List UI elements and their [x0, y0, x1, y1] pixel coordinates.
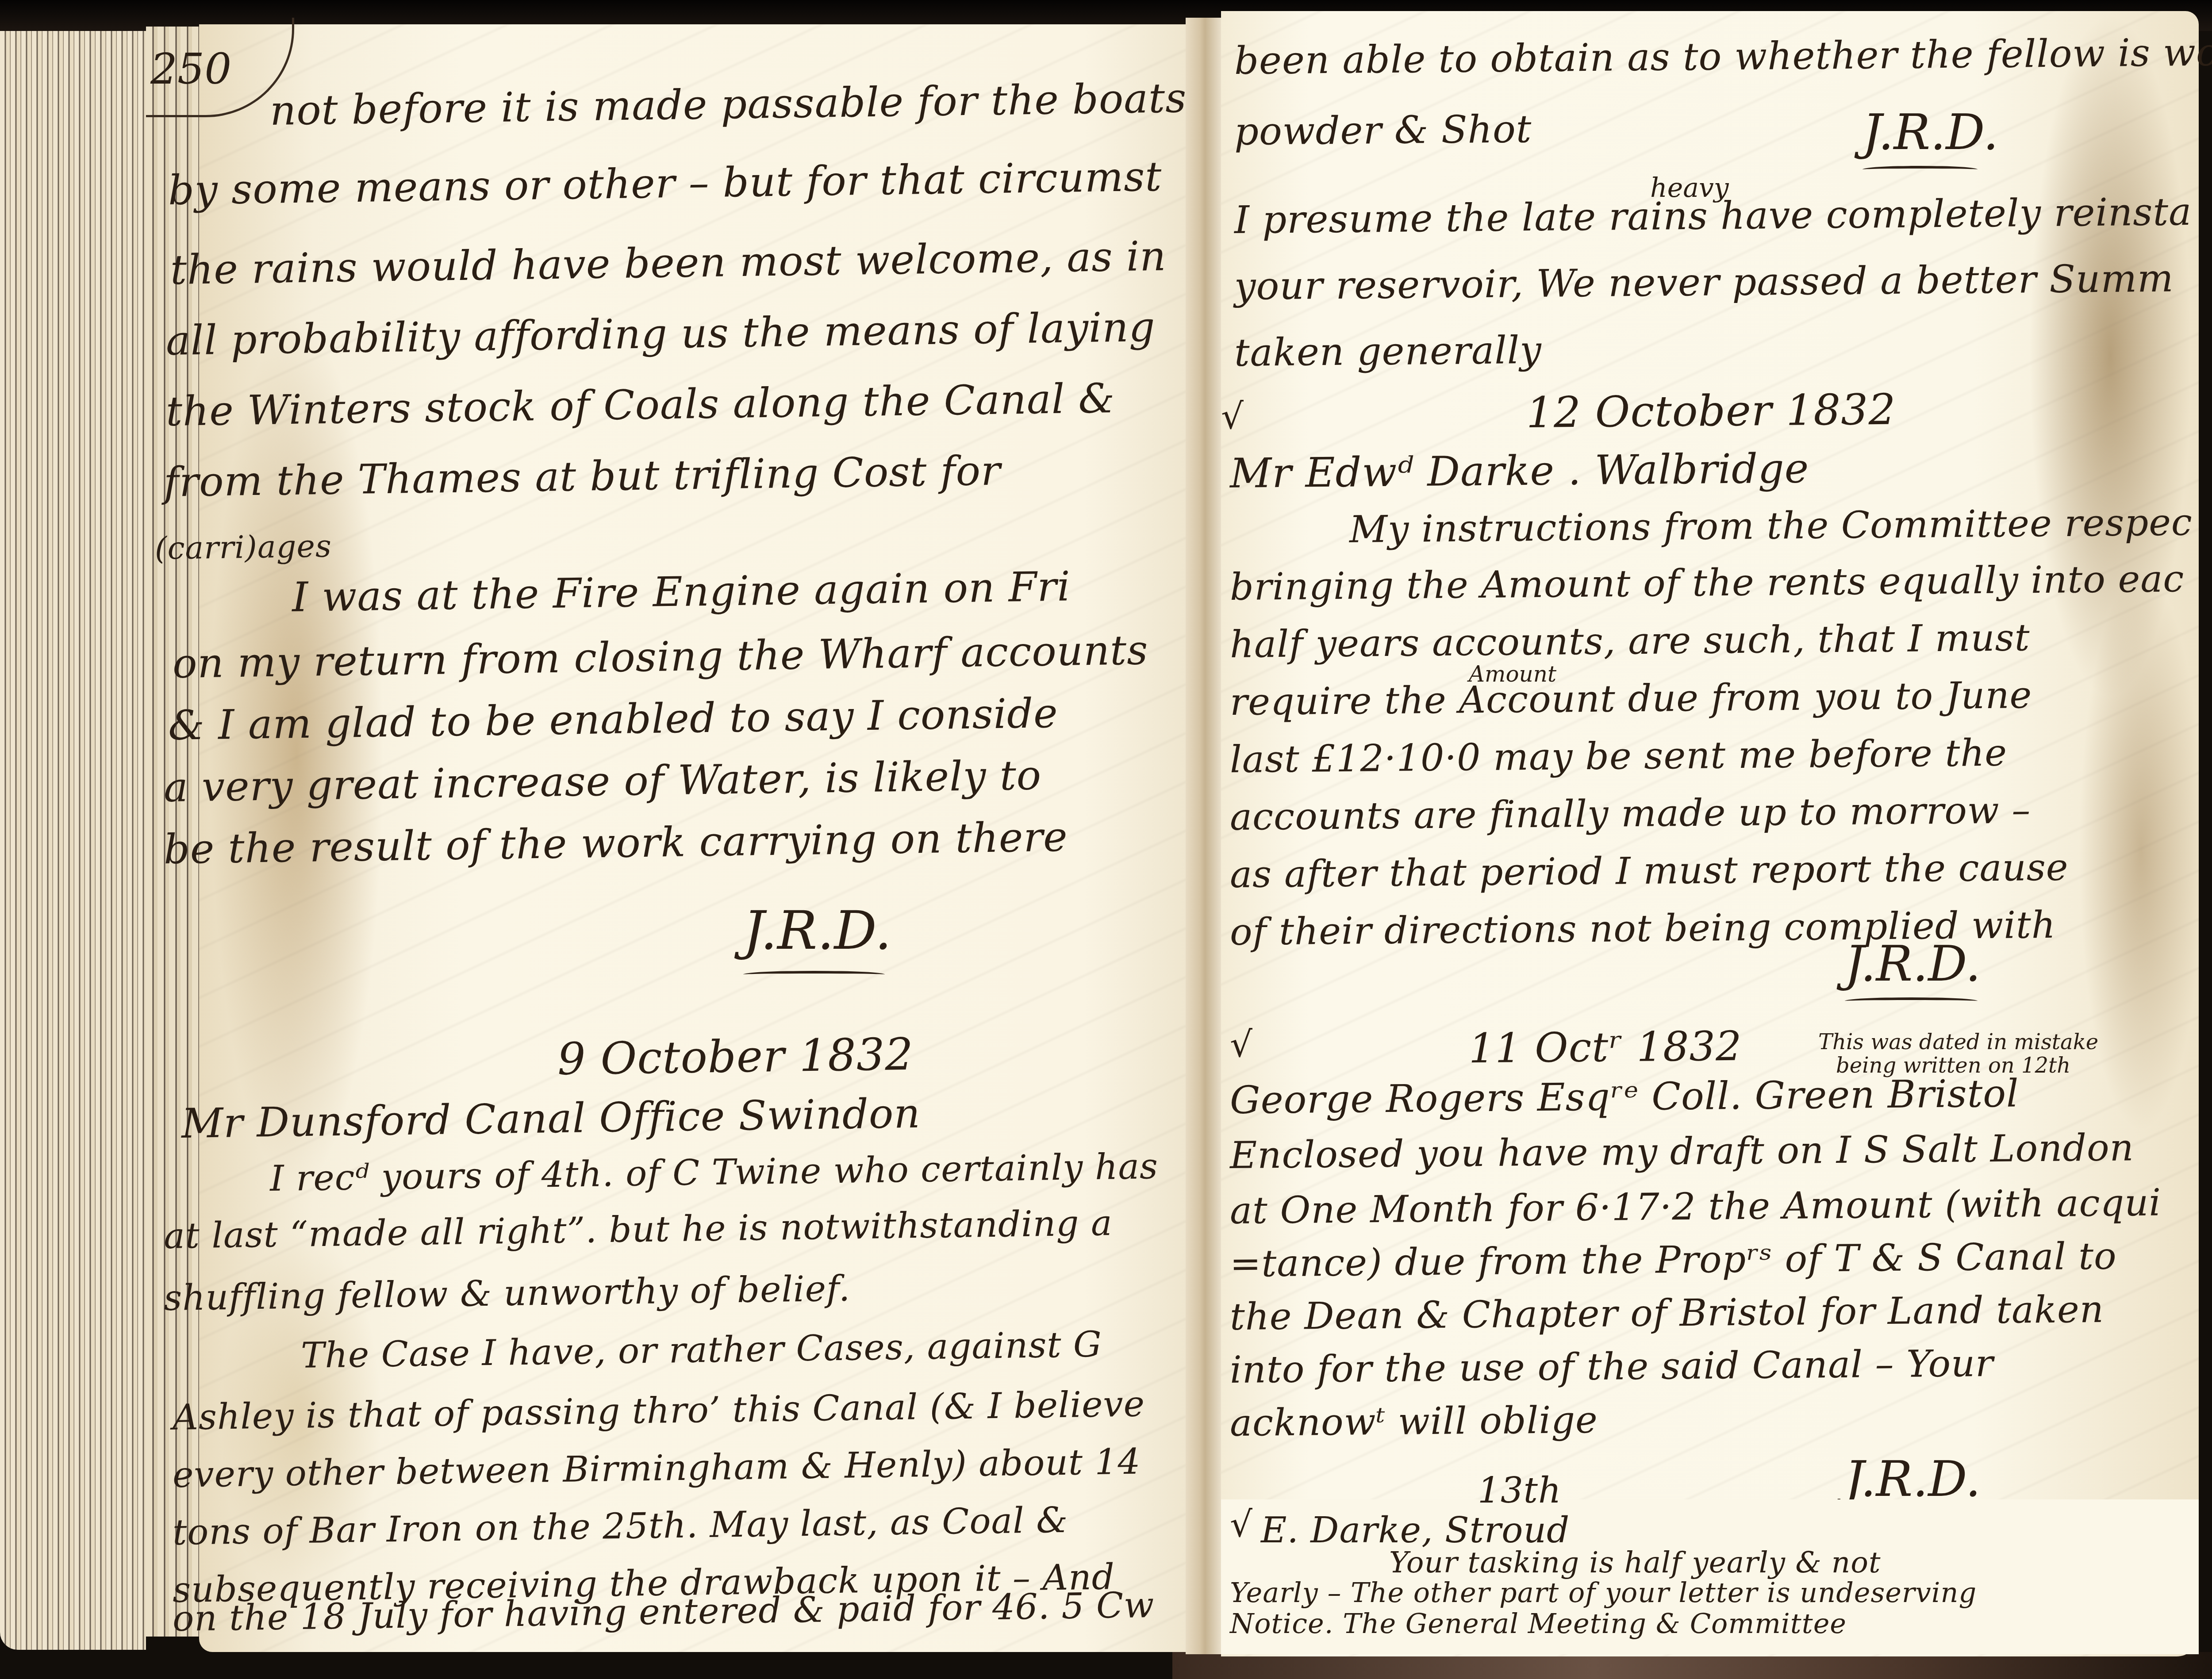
text-line: taken generally	[1234, 331, 1542, 372]
text-line: require the Account due from you to June	[1230, 676, 2032, 721]
text-line: (carri)ages	[155, 530, 332, 564]
check-mark: √	[1230, 1024, 1252, 1065]
letter-date: 13th	[1478, 1473, 1561, 1508]
text-line: the rains would have been most welcome, …	[170, 236, 1167, 291]
page-number: 250	[150, 44, 231, 94]
text-line: been able to obtain as to whether the fe…	[1234, 33, 2212, 80]
text-line: as after that period I must report the c…	[1230, 848, 2069, 893]
text-line: Your tasking is half yearly & not	[1389, 1548, 1881, 1577]
text-line: a very great increase of Water, is likel…	[163, 755, 1041, 808]
text-line: Notice. The General Meeting & Committee	[1230, 1610, 1847, 1637]
text-line: & I am glad to be enabled to say I consi…	[168, 693, 1058, 746]
text-line: be the result of the work carrying on th…	[163, 816, 1068, 870]
text-line: on the 18 July for having entered & paid…	[172, 1587, 1155, 1637]
text-line: the Winters stock of Coals along the Can…	[165, 378, 1115, 432]
left-page-lower-text: on the 18 July for having entered & paid…	[199, 1079, 1186, 1654]
text-line: half years accounts, are such, that I mu…	[1230, 619, 2030, 663]
text-line: powder & Shot	[1234, 110, 1532, 151]
signature-jrd: J.R.D.	[1845, 935, 1981, 992]
book-gutter	[1186, 18, 1221, 1654]
signature-flourish	[1845, 997, 1978, 1004]
letter-addressee: E. Darke, Stroud	[1261, 1513, 1570, 1548]
stacked-page-edges	[0, 31, 146, 1650]
check-mark: √	[1230, 1504, 1252, 1545]
letter-date: 9 October 1832	[557, 1032, 914, 1081]
text-line: from the Thames at but trifling Cost for	[163, 451, 1001, 503]
signature-flourish	[743, 971, 885, 978]
book-photograph: not before it is made passable for the b…	[0, 0, 2212, 1679]
right-page-letter-5: √ 13th E. Darke, Stroud Your tasking is …	[1221, 1499, 2199, 1654]
text-line: My instructions from the Committee respe…	[1349, 503, 2193, 548]
check-mark: √	[1221, 396, 1244, 437]
text-line: I was at the Fire Engine again on Fri	[292, 566, 1071, 618]
text-line: bringing the Amount of the rents equally…	[1230, 560, 2185, 606]
letter-addressee: Mr Edwᵈ Darke . Walbridge	[1230, 448, 1809, 494]
text-line: your reservoir, We never passed a better…	[1234, 259, 2174, 306]
letter-date: 12 October 1832	[1526, 388, 1896, 434]
signature-jrd: J.R.D.	[1845, 1451, 1981, 1507]
text-line: not before it is made passable for the b…	[269, 78, 1187, 131]
text-line: Yearly – The other part of your letter i…	[1230, 1579, 1977, 1606]
signature-jrd: J.R.D.	[1863, 104, 1999, 161]
text-line: all probability affording us the means o…	[165, 307, 1156, 361]
text-line: I presume the late rains have completely…	[1234, 193, 2192, 239]
signature-jrd: J.R.D.	[743, 900, 892, 962]
text-line: accounts are finally made up to morrow –	[1230, 791, 2031, 836]
text-line: on my return from closing the Wharf acco…	[172, 630, 1148, 684]
text-line: by some means or other – but for that ci…	[168, 157, 1162, 211]
text-line: last £12·10·0 may be sent me before the	[1230, 734, 2008, 778]
signature-flourish	[1863, 166, 1978, 173]
